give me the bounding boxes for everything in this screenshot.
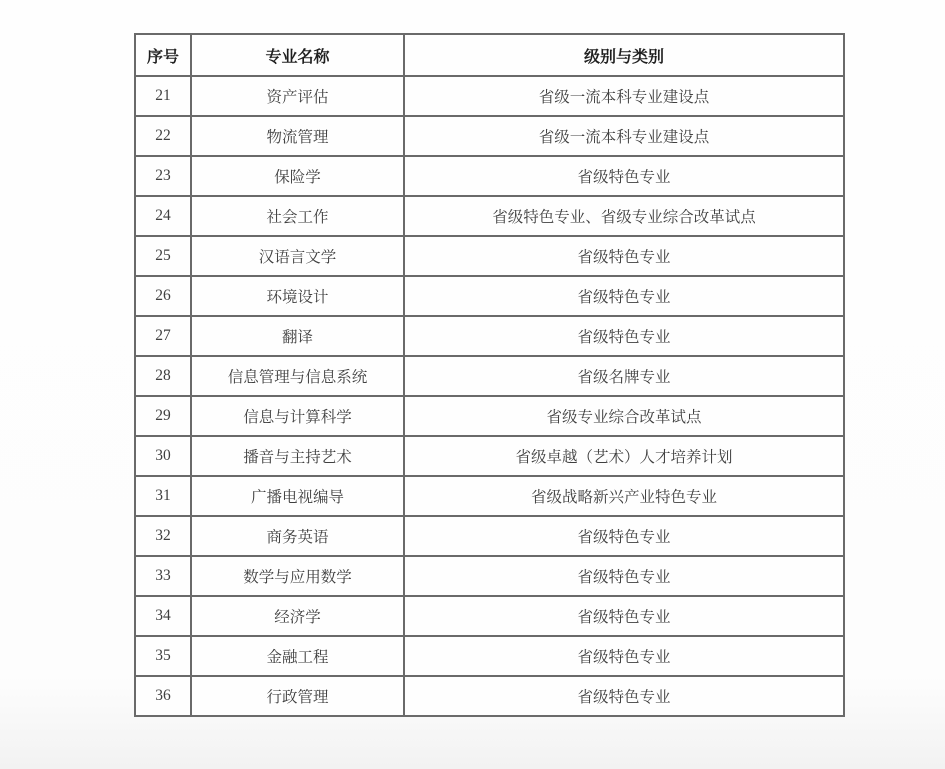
level-category-cell: 省级卓越（艺术）人才培养计划: [404, 436, 844, 476]
serial-number-cell: 22: [135, 116, 191, 156]
major-name-cell: 翻译: [191, 316, 404, 356]
major-name-cell: 保险学: [191, 156, 404, 196]
level-category-cell: 省级特色专业: [404, 556, 844, 596]
serial-number-cell: 35: [135, 636, 191, 676]
major-name-cell: 物流管理: [191, 116, 404, 156]
level-category-cell: 省级专业综合改革试点: [404, 396, 844, 436]
level-category-cell: 省级特色专业: [404, 596, 844, 636]
serial-number-cell: 34: [135, 596, 191, 636]
major-name-cell: 信息管理与信息系统: [191, 356, 404, 396]
table-row: 30播音与主持艺术省级卓越（艺术）人才培养计划: [135, 436, 844, 476]
major-name-cell: 汉语言文学: [191, 236, 404, 276]
table-row: 35金融工程省级特色专业: [135, 636, 844, 676]
level-category-cell: 省级一流本科专业建设点: [404, 76, 844, 116]
major-name-cell: 广播电视编导: [191, 476, 404, 516]
table-row: 22物流管理省级一流本科专业建设点: [135, 116, 844, 156]
serial-number-cell: 31: [135, 476, 191, 516]
major-name-cell: 信息与计算科学: [191, 396, 404, 436]
level-category-cell: 省级特色专业: [404, 276, 844, 316]
serial-number-cell: 26: [135, 276, 191, 316]
table-row: 21资产评估省级一流本科专业建设点: [135, 76, 844, 116]
serial-number-cell: 25: [135, 236, 191, 276]
major-name-cell: 金融工程: [191, 636, 404, 676]
table-row: 31广播电视编导省级战略新兴产业特色专业: [135, 476, 844, 516]
header-cell-serial-number: 序号: [135, 34, 191, 76]
header-cell-level-category: 级别与类别: [404, 34, 844, 76]
header-cell-major-name: 专业名称: [191, 34, 404, 76]
table-row: 32商务英语省级特色专业: [135, 516, 844, 556]
level-category-cell: 省级特色专业: [404, 236, 844, 276]
table-row: 34经济学省级特色专业: [135, 596, 844, 636]
serial-number-cell: 21: [135, 76, 191, 116]
serial-number-cell: 36: [135, 676, 191, 716]
level-category-cell: 省级名牌专业: [404, 356, 844, 396]
table-row: 23保险学省级特色专业: [135, 156, 844, 196]
major-name-cell: 经济学: [191, 596, 404, 636]
table-row: 36行政管理省级特色专业: [135, 676, 844, 716]
major-name-cell: 资产评估: [191, 76, 404, 116]
major-name-cell: 社会工作: [191, 196, 404, 236]
serial-number-cell: 33: [135, 556, 191, 596]
serial-number-cell: 27: [135, 316, 191, 356]
level-category-cell: 省级一流本科专业建设点: [404, 116, 844, 156]
major-name-cell: 播音与主持艺术: [191, 436, 404, 476]
majors-table: 序号 专业名称 级别与类别 21资产评估省级一流本科专业建设点22物流管理省级一…: [134, 33, 845, 717]
level-category-cell: 省级特色专业: [404, 316, 844, 356]
serial-number-cell: 30: [135, 436, 191, 476]
table-row: 25汉语言文学省级特色专业: [135, 236, 844, 276]
serial-number-cell: 29: [135, 396, 191, 436]
level-category-cell: 省级特色专业、省级专业综合改革试点: [404, 196, 844, 236]
table-row: 28信息管理与信息系统省级名牌专业: [135, 356, 844, 396]
major-name-cell: 商务英语: [191, 516, 404, 556]
serial-number-cell: 32: [135, 516, 191, 556]
level-category-cell: 省级特色专业: [404, 156, 844, 196]
table-body: 21资产评估省级一流本科专业建设点22物流管理省级一流本科专业建设点23保险学省…: [135, 76, 844, 716]
table-row: 33数学与应用数学省级特色专业: [135, 556, 844, 596]
serial-number-cell: 23: [135, 156, 191, 196]
majors-table-container: 序号 专业名称 级别与类别 21资产评估省级一流本科专业建设点22物流管理省级一…: [134, 33, 845, 717]
table-row: 29信息与计算科学省级专业综合改革试点: [135, 396, 844, 436]
level-category-cell: 省级战略新兴产业特色专业: [404, 476, 844, 516]
page: { "table": { "headers": ["序号", "专业名称", "…: [0, 0, 945, 769]
major-name-cell: 数学与应用数学: [191, 556, 404, 596]
table-header-row: 序号 专业名称 级别与类别: [135, 34, 844, 76]
table-row: 24社会工作省级特色专业、省级专业综合改革试点: [135, 196, 844, 236]
serial-number-cell: 24: [135, 196, 191, 236]
major-name-cell: 环境设计: [191, 276, 404, 316]
level-category-cell: 省级特色专业: [404, 516, 844, 556]
major-name-cell: 行政管理: [191, 676, 404, 716]
table-row: 27翻译省级特色专业: [135, 316, 844, 356]
table-row: 26环境设计省级特色专业: [135, 276, 844, 316]
level-category-cell: 省级特色专业: [404, 676, 844, 716]
serial-number-cell: 28: [135, 356, 191, 396]
level-category-cell: 省级特色专业: [404, 636, 844, 676]
